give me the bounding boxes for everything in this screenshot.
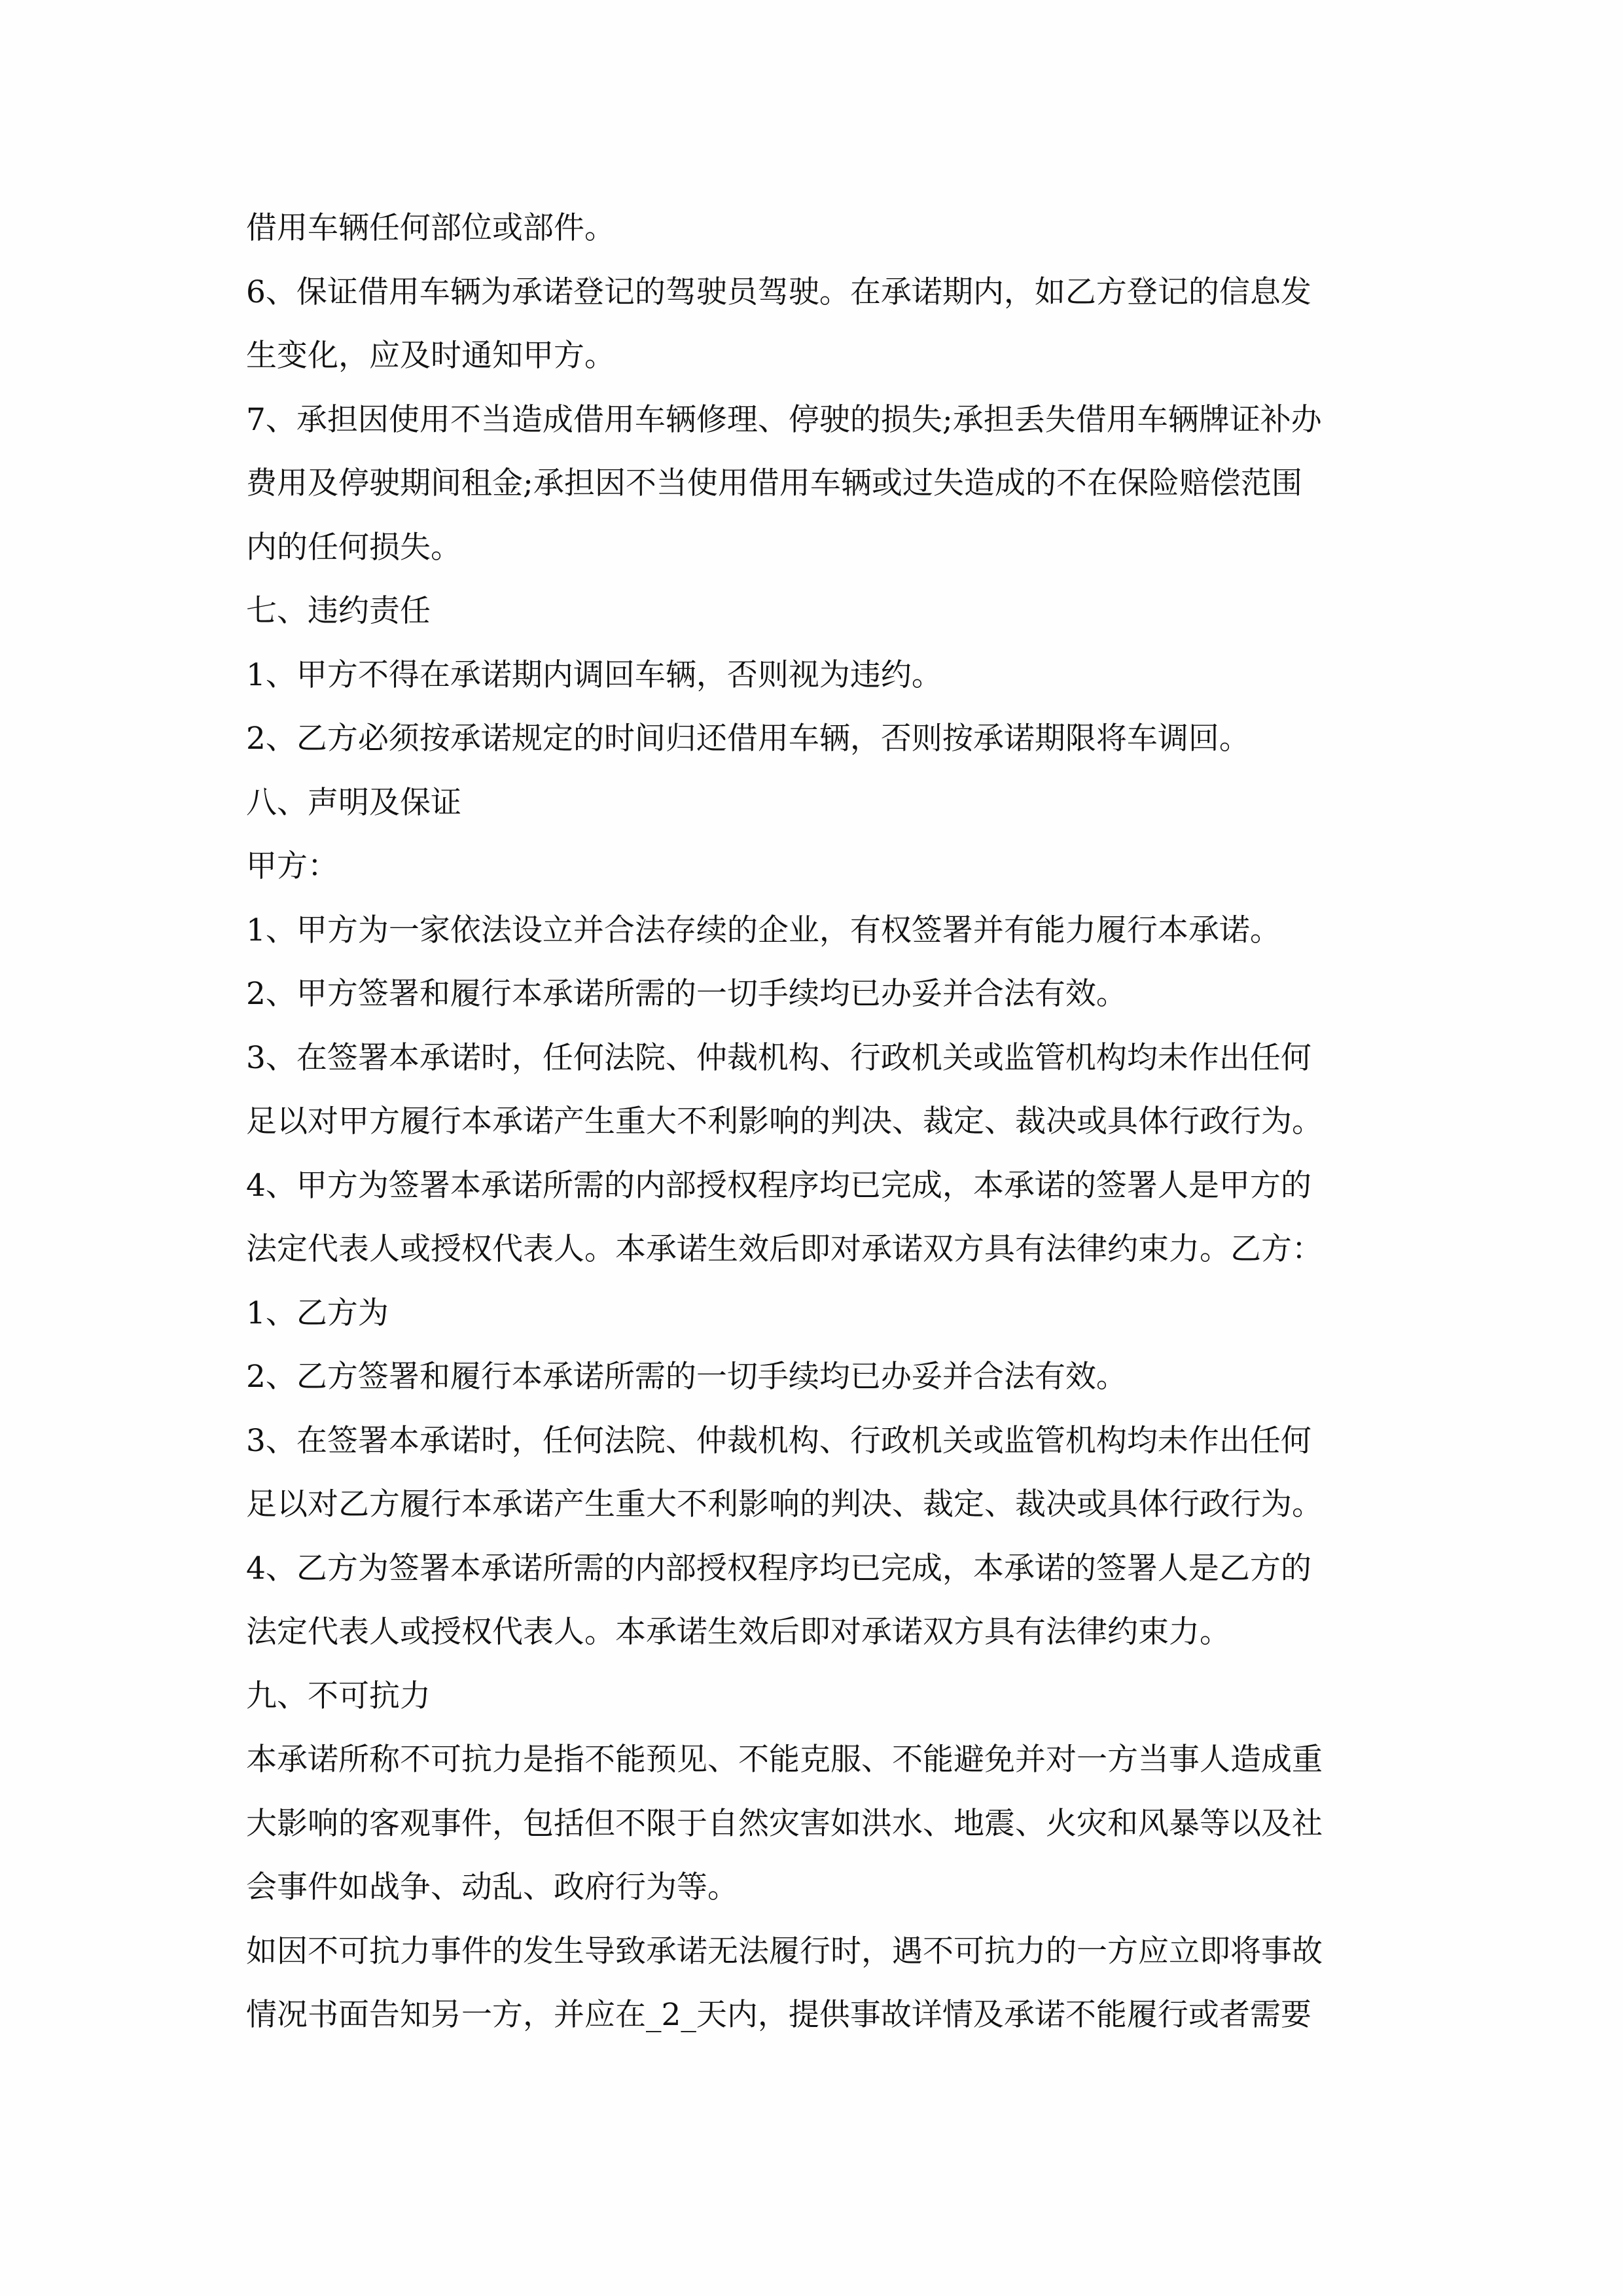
breach-clause-1: 1、甲方不得在承诺期内调回车辆，否则视为违约。 xyxy=(246,643,1385,708)
document-page: 借用车辆任何部位或部件。 6、保证借用车辆为承诺登记的驾驶员驾驶。在承诺期内，如… xyxy=(0,0,1623,2296)
party-b-clause-2: 2、乙方签署和履行本承诺所需的一切手续均已办妥并合法有效。 xyxy=(246,1345,1385,1409)
text-line: 足以对乙方履行本承诺产生重大不利影响的判决、裁定、裁决或具体行政行为。 xyxy=(246,1473,1385,1537)
text-line: 会事件如战争、动乱、政府行为等。 xyxy=(246,1856,1385,1920)
text-line: 情况书面告知另一方，并应在_2_天内，提供事故详情及承诺不能履行或者需要 xyxy=(246,1983,1385,2047)
text-line: 足以对甲方履行本承诺产生重大不利影响的判决、裁定、裁决或具体行政行为。 xyxy=(246,1090,1385,1154)
document-body: 借用车辆任何部位或部件。 6、保证借用车辆为承诺登记的驾驶员驾驶。在承诺期内，如… xyxy=(246,196,1385,2047)
text-line: 法定代表人或授权代表人。本承诺生效后即对承诺双方具有法律约束力。 xyxy=(246,1600,1385,1664)
text-line: 借用车辆任何部位或部件。 xyxy=(246,196,1385,260)
party-b-clause-4: 4、乙方为签署本承诺所需的内部授权程序均已完成，本承诺的签署人是乙方的 xyxy=(246,1537,1385,1601)
party-a-label: 甲方： xyxy=(246,834,1385,899)
text-line: 法定代表人或授权代表人。本承诺生效后即对承诺双方具有法律约束力。乙方： xyxy=(246,1217,1385,1282)
section-heading-representations: 八、声明及保证 xyxy=(246,771,1385,835)
party-a-clause-3: 3、在签署本承诺时，任何法院、仲裁机构、行政机关或监管机构均未作出任何 xyxy=(246,1026,1385,1090)
clause-7-line: 7、承担因使用不当造成借用车辆修理、停驶的损失;承担丢失借用车辆牌证补办 xyxy=(246,388,1385,452)
text-line: 生变化，应及时通知甲方。 xyxy=(246,324,1385,388)
breach-clause-2: 2、乙方必须按承诺规定的时间归还借用车辆，否则按承诺期限将车调回。 xyxy=(246,707,1385,771)
force-majeure-definition: 本承诺所称不可抗力是指不能预见、不能克服、不能避免并对一方当事人造成重 xyxy=(246,1728,1385,1792)
party-a-clause-2: 2、甲方签署和履行本承诺所需的一切手续均已办妥并合法有效。 xyxy=(246,962,1385,1026)
party-a-clause-1: 1、甲方为一家依法设立并合法存续的企业，有权签署并有能力履行本承诺。 xyxy=(246,899,1385,963)
party-b-clause-3: 3、在签署本承诺时，任何法院、仲裁机构、行政机关或监管机构均未作出任何 xyxy=(246,1409,1385,1473)
text-line: 大影响的客观事件，包括但不限于自然灾害如洪水、地震、火灾和风暴等以及社 xyxy=(246,1792,1385,1856)
text-line: 费用及停驶期间租金;承担因不当使用借用车辆或过失造成的不在保险赔偿范围 xyxy=(246,452,1385,516)
party-b-clause-1: 1、乙方为 xyxy=(246,1282,1385,1346)
force-majeure-notice: 如因不可抗力事件的发生导致承诺无法履行时，遇不可抗力的一方应立即将事故 xyxy=(246,1920,1385,1984)
section-heading-breach-liability: 七、违约责任 xyxy=(246,579,1385,643)
party-a-clause-4: 4、甲方为签署本承诺所需的内部授权程序均已完成，本承诺的签署人是甲方的 xyxy=(246,1154,1385,1218)
clause-6-line: 6、保证借用车辆为承诺登记的驾驶员驾驶。在承诺期内，如乙方登记的信息发 xyxy=(246,260,1385,325)
text-line: 内的任何损失。 xyxy=(246,516,1385,580)
section-heading-force-majeure: 九、不可抗力 xyxy=(246,1664,1385,1729)
